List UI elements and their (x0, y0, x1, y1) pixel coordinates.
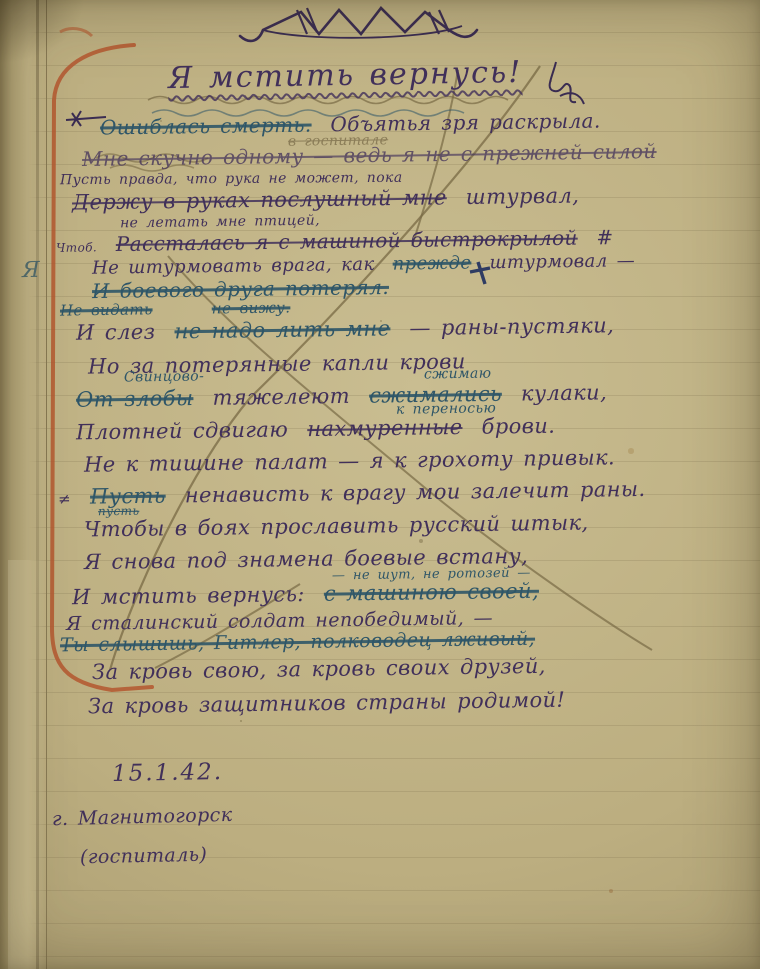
poem-line: не летать мне птицей, (120, 213, 320, 232)
date-text: 15.1.42. (112, 759, 224, 787)
date-line: 15.1.42. (112, 759, 224, 787)
kept-text: — раны-пустяки, (409, 313, 614, 340)
struck-text: Держу в руках послушный мне (72, 185, 447, 214)
poem-line: Пусть правда, что рука не может, пока (60, 170, 403, 188)
poem-line: Мне скучно одному — ведь я не с прежней … (82, 139, 657, 171)
poem-line: сжимаю (424, 366, 492, 383)
kept-text: Плотней сдвигаю (76, 417, 288, 444)
poem-title-text: Я мстить вернусь! (168, 55, 523, 96)
poem-line: За кровь защитников страны родимой! (88, 688, 566, 719)
poem-line: За кровь свою, за кровь своих друзей, (92, 654, 546, 684)
margin-letter: Я (22, 258, 41, 283)
struck-text: Ошиблась смерть. (100, 113, 312, 140)
poem-title: Я мстить вернусь! (168, 55, 523, 96)
kept-text: И мстить вернусь: (72, 582, 305, 609)
note-line: (госпиталь) (80, 844, 208, 869)
inserted-text: Свинцово- (124, 368, 204, 385)
red-corner-stroke (60, 29, 92, 36)
margin-note-text: Чтоб. (56, 240, 97, 255)
struck-text: От злобы (76, 386, 194, 412)
struck-text: с машиною своей, (324, 579, 539, 606)
kept-text: брови. (481, 414, 555, 439)
struck-text: прежде (393, 252, 472, 274)
poem-line: Плотней сдвигаю нахмуренные брови. (76, 414, 556, 445)
poem-line: И мстить вернусь: с машиною своей, (72, 579, 539, 610)
kept-text: Не к тишине палат — я к грохоту привык. (84, 445, 615, 476)
margin-mark-text: ≠ (58, 490, 71, 508)
kept-text: кулаки, (521, 380, 607, 405)
poem-line: Держу в руках послушный мне штурвал, (72, 183, 580, 214)
poem-line: ≠ Пусть ненависть к врагу мои залечит ра… (58, 477, 646, 509)
kept-text: ненависть к врагу мои залечит раны. (185, 477, 646, 507)
kept-text: За кровь свою, за кровь своих друзей, (92, 654, 546, 684)
struck-text: Мне скучно одному — ведь я не с прежней … (82, 139, 657, 171)
struck-text: нахмуренные (307, 415, 463, 441)
poem-line: Не видать не вижу. (60, 298, 291, 319)
kept-text: штурмовал — (489, 250, 635, 273)
ornament-flourish-icon (240, 8, 477, 41)
poem-line: Чтобы в боях прославить русский штык, (84, 510, 589, 541)
binding-highlight (8, 560, 48, 969)
struck-text: не надо лить мне (174, 316, 390, 343)
poem-line: Свинцово- (124, 368, 204, 385)
kept-text: И слез (76, 320, 156, 345)
poem-line: Не к тишине палат — я к грохоту привык. (84, 445, 615, 476)
inserted-text: не летать мне птицей, (120, 213, 320, 232)
kept-text: тяжелеют (212, 384, 350, 410)
illegible-pencil-scribble-1 (148, 97, 508, 104)
margin-flourish-icon (550, 62, 584, 104)
struck-text: не вижу. (212, 298, 291, 317)
kept-text: За кровь защитников страны родимой! (88, 688, 566, 719)
mark-text: # (596, 225, 614, 249)
note-text: (госпиталь) (80, 844, 208, 869)
ornament-underline-icon (263, 26, 462, 38)
margin-letter-text: Я (22, 258, 41, 283)
kept-text: Чтобы в боях прославить русский штык, (84, 510, 589, 541)
struck-text: Не видать (60, 300, 153, 319)
ornament-hatches-icon (297, 8, 449, 34)
inserted-text: сжимаю (424, 366, 492, 383)
manuscript-page: Я мстить вернусь! Ошиблась смерть. Объят… (0, 0, 760, 969)
place-line: г. Магнитогорск (52, 804, 233, 830)
kept-text: штурвал, (466, 183, 580, 209)
inserted-text: Пусть правда, что рука не может, пока (60, 170, 403, 188)
place-text: г. Магнитогорск (52, 804, 233, 830)
